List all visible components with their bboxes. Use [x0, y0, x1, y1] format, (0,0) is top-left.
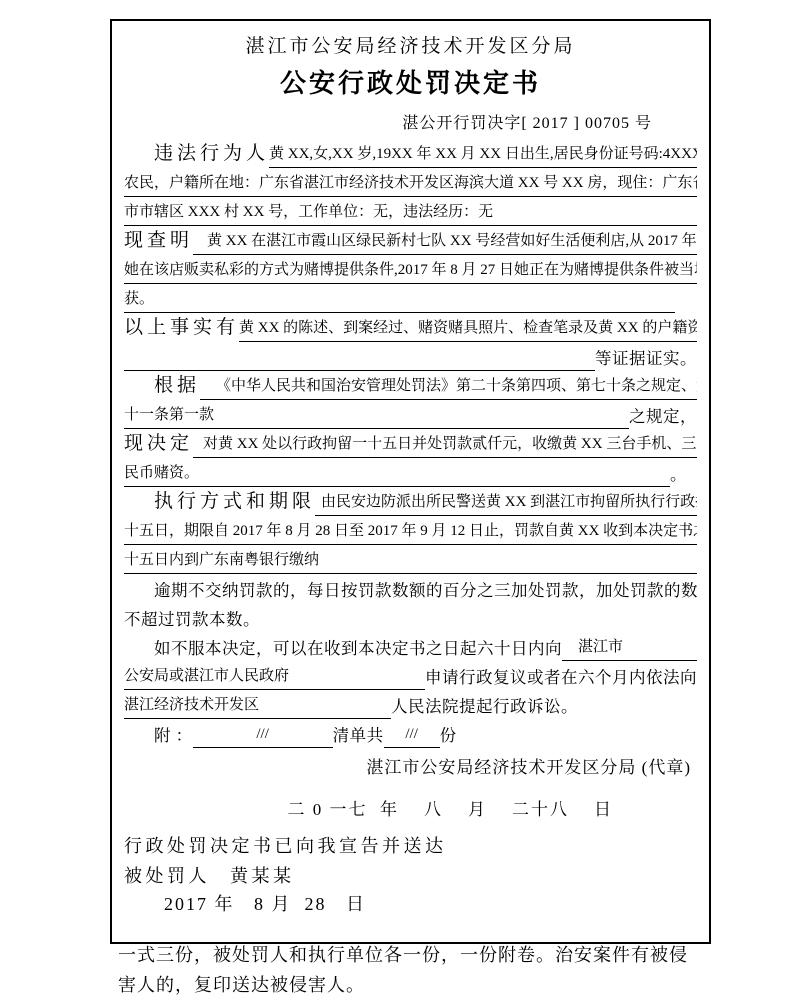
form-line-12: 民币赌资。。 — [124, 458, 697, 487]
form-line-11: 现决定对黄 XX 处以行政拘留一十五日并处罚款贰仟元，收缴黄 XX 三台手机、三… — [124, 429, 697, 458]
form-line-21: 附 ：///清单共///份 — [124, 719, 697, 748]
template-text: 。 — [670, 466, 687, 487]
document-number: 湛公开行罚决字[ 2017 ] 00705 号 — [124, 105, 697, 139]
template-text: 之规定， — [629, 408, 697, 429]
field-value: 十一条第一款 — [124, 408, 214, 429]
field-value: /// — [193, 727, 333, 748]
form-body: 违法行为人黄 XX,女,XX 岁,19XX 年 XX 月 XX 日出生,居民身份… — [124, 139, 697, 748]
form-line-1: 违法行为人黄 XX,女,XX 岁,19XX 年 XX 月 XX 日出生,居民身份… — [124, 139, 697, 168]
blank-underline — [562, 660, 578, 661]
field-value: 黄 XX 的陈述、到案经过、赌资赌具照片、检查笔录及黄 XX 的户籍资料 — [239, 321, 697, 342]
field-value: 湛江经济技术开发区 — [124, 698, 259, 719]
field-label: 根据 — [154, 376, 200, 400]
form-line-13: 执行方式和期限由民安边防派出所民警送黄 XX 到湛江市拘留所执行行政拘留一 — [124, 487, 697, 516]
field-value: /// — [384, 727, 440, 748]
distribution-note: 一式三份，被处罚人和执行单位各一份，一份附卷。治安案件有被侵害人的，复印送达被侵… — [118, 940, 692, 1000]
blank-underline — [124, 370, 595, 371]
form-line-10: 十一条第一款之规定， — [124, 400, 697, 429]
indent — [124, 744, 154, 748]
field-label: 现查明 — [124, 231, 193, 255]
field-value: 黄 XX 在湛江市霞山区绿民新村七队 XX 号经营如好生活便利店,从 2017 … — [207, 234, 697, 255]
form-line-8: 等证据证实。 — [124, 342, 697, 371]
issuing-authority: 湛江市公安局经济技术开发区分局 — [124, 31, 697, 63]
field-label: 执行方式和期限 — [154, 492, 315, 516]
indent — [124, 599, 154, 603]
blank-underline — [154, 312, 675, 313]
form-line-6: 获。 — [124, 284, 697, 313]
form-line-5: 她在该店贩卖私彩的方式为赌博提供条件,2017 年 8 月 27 日她正在为赌博… — [124, 255, 697, 284]
punished-person-name: 黄某某 — [230, 866, 295, 886]
punished-person-row: 被处罚人黄某某 — [124, 860, 697, 890]
field-value: 对黄 XX 处以行政拘留一十五日并处罚款贰仟元，收缴黄 XX 三台手机、三十元人 — [203, 437, 697, 458]
form-line-16: 逾期不交纳罚款的，每日按罚款数额的百分之三加处罚款，加处罚款的数额 — [124, 574, 697, 603]
blank-underline — [289, 689, 425, 690]
template-text: 人民法院提起行政诉讼。 — [391, 698, 578, 719]
blank-underline — [193, 254, 207, 255]
field-label: 违法行为人 — [154, 144, 269, 168]
field-value: 由民安边防派出所民警送黄 XX 到湛江市拘留所执行行政拘留一 — [321, 495, 697, 516]
field-value: 农民，户籍所在地：广东省湛江市经济技术开发区海滨大道 XX 号 XX 房，现住：… — [124, 176, 697, 197]
form-line-15: 十五日内到广东南粤银行缴纳 — [124, 545, 697, 574]
form-line-19: 公安局或湛江市人民政府申请行政复议或者在六个月内依法向 — [124, 661, 697, 690]
blank-underline — [623, 660, 697, 661]
form-line-3: 市市辖区 XXX 村 XX 号，工作单位：无，违法经历：无 — [124, 197, 697, 226]
template-text: 附 ： — [154, 727, 193, 748]
form-line-4: 现查明黄 XX 在湛江市霞山区绿民新村七队 XX 号经营如好生活便利店,从 20… — [124, 226, 697, 255]
indent — [124, 396, 154, 400]
indent — [124, 164, 154, 168]
template-text: 份 — [440, 727, 457, 748]
field-value: 民币赌资。 — [124, 466, 199, 487]
template-text: 等证据证实。 — [595, 350, 697, 371]
page: { "colors": {"ink": "#000000", "paper": … — [0, 0, 793, 1006]
decision-document: 湛江市公安局经济技术开发区分局 公安行政处罚决定书 湛公开行罚决字[ 2017 … — [110, 19, 711, 944]
punished-person-label: 被处罚人 — [124, 866, 210, 886]
delivery-date: 2017 年 8 月 28 日 — [124, 890, 697, 918]
form-line-7: 以上事实有黄 XX 的陈述、到案经过、赌资赌具照片、检查笔录及黄 XX 的户籍资… — [124, 313, 697, 342]
blank-underline — [319, 573, 697, 574]
blank-underline — [259, 718, 391, 719]
form-line-18: 如不服本决定，可以在收到本决定书之日起六十日内向湛江市 — [124, 632, 697, 661]
field-value: 黄 XX,女,XX 岁,19XX 年 XX 月 XX 日出生,居民身份证号码:4… — [269, 147, 697, 168]
field-value: 获。 — [124, 292, 154, 313]
field-value: 《中华人民共和国治安管理处罚法》第二十条第四项、第七十条之规定、第 — [216, 379, 697, 400]
field-value: 她在该店贩卖私彩的方式为赌博提供条件,2017 年 8 月 27 日她正在为赌博… — [124, 263, 697, 284]
indent — [124, 657, 154, 661]
blank-underline — [493, 225, 697, 226]
indent — [124, 512, 154, 516]
gap — [675, 309, 697, 313]
field-value: 市市辖区 XXX 村 XX 号，工作单位：无，违法经历：无 — [124, 205, 493, 226]
blank-underline — [214, 428, 629, 429]
template-text: 不超过罚款本数。 — [124, 611, 260, 632]
field-value: 湛江市 — [578, 640, 623, 661]
template-text: 清单共 — [333, 727, 384, 748]
delivery-statement: 行政处罚决定书已向我宣告并送达 — [124, 830, 697, 860]
form-line-2: 农民，户籍所在地：广东省湛江市经济技术开发区海滨大道 XX 号 XX 房，现住：… — [124, 168, 697, 197]
signing-authority: 湛江市公安局经济技术开发区分局 (代章) — [124, 748, 697, 784]
field-value: 十五日内到广东南粤银行缴纳 — [124, 553, 319, 574]
template-text: 申请行政复议或者在六个月内依法向 — [425, 669, 697, 690]
form-line-20: 湛江经济技术开发区人民法院提起行政诉讼。 — [124, 690, 697, 719]
document-title: 公安行政处罚决定书 — [124, 63, 697, 105]
blank-underline — [200, 399, 216, 400]
field-value: 十五日，期限自 2017 年 8 月 28 日至 2017 年 9 月 12 日… — [124, 524, 697, 545]
field-value: 公安局或湛江市人民政府 — [124, 669, 289, 690]
signing-date: 二 0 一七 年 八 月 二十八 日 — [124, 784, 697, 830]
gap — [687, 483, 697, 487]
form-line-9: 根据《中华人民共和国治安管理处罚法》第二十条第四项、第七十条之规定、第 — [124, 371, 697, 400]
blank-underline — [199, 486, 670, 487]
blank-underline — [193, 457, 203, 458]
template-text: 逾期不交纳罚款的，每日按罚款数额的百分之三加处罚款，加处罚款的数额 — [154, 582, 697, 603]
form-line-17: 不超过罚款本数。 — [124, 603, 697, 632]
template-text: 如不服本决定，可以在收到本决定书之日起六十日内向 — [154, 640, 562, 661]
field-label: 现决定 — [124, 434, 193, 458]
field-label: 以上事实有 — [124, 318, 239, 342]
form-line-14: 十五日，期限自 2017 年 8 月 28 日至 2017 年 9 月 12 日… — [124, 516, 697, 545]
